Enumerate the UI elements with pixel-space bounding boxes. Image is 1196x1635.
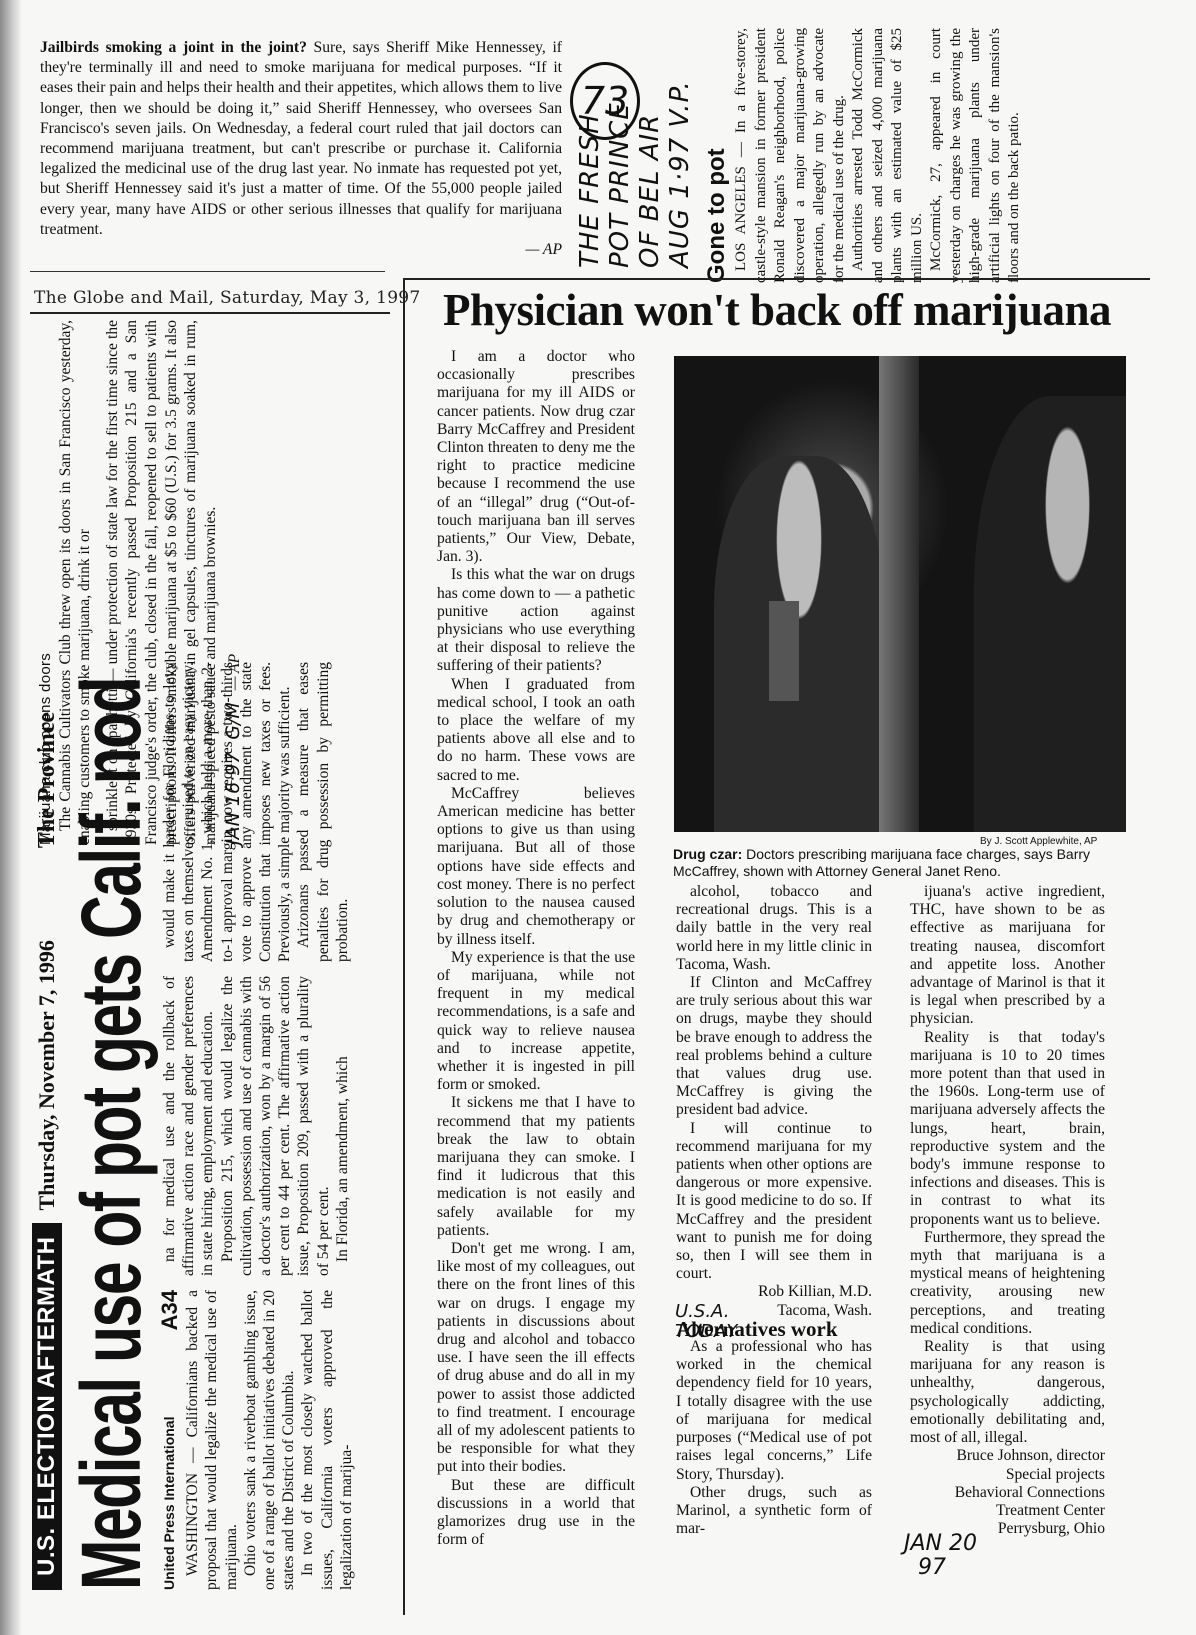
photo-tie <box>769 601 799 701</box>
divider <box>30 271 385 272</box>
divider <box>30 312 390 314</box>
scan-edge-shadow <box>0 0 22 1635</box>
news-photo <box>674 356 1126 832</box>
province-byline-row: United Press International A34 <box>160 1290 179 1590</box>
note-line-1: THE FRESH <box>575 23 605 268</box>
province-paragraph: In two of the most closely watched ballo… <box>298 1290 356 1590</box>
letter1-paragraph: If Clinton and McCaffrey are truly serio… <box>676 974 872 1120</box>
gone-to-pot-clipping: Gone to pot LOS ANGELES — In a five-stor… <box>702 28 1122 283</box>
province-paragraph: Arizonans passed a measure that eases pe… <box>294 662 352 962</box>
letter1-signature-name: Rob Killian, M.D. <box>676 1283 872 1301</box>
province-kicker: U.S. ELECTION AFTERMATH <box>32 1223 62 1590</box>
province-publication: The Province <box>32 712 62 848</box>
note-line-2: POT PRINCE <box>605 23 635 268</box>
province-body: United Press International A34 WASHINGTO… <box>160 540 356 1590</box>
letter2-paragraph: ijuana's active ingredient, THC, have sh… <box>910 883 1105 1029</box>
gone-to-pot-paragraph: McCormick, 27, appeared in court yesterd… <box>927 28 1025 283</box>
province-paragraph: would make it harder for Floridians to l… <box>160 662 294 962</box>
letter2-signature-line: Bruce Johnson, director <box>910 1447 1105 1465</box>
letter2-paragraph: Furthermore, they spread the myth that m… <box>910 1229 1105 1338</box>
gone-to-pot-paragraph: LOS ANGELES — In a five-storey, castle-s… <box>732 28 849 283</box>
letter1-paragraph: Don't get me wrong. I am, like most of m… <box>437 1240 635 1477</box>
province-paragraph: Ohio voters sank a riverboat gambling is… <box>241 1290 299 1590</box>
note-line-3: OF BEL AIR <box>635 23 665 268</box>
jail-brief-credit: — AP <box>40 240 562 260</box>
letter1-paragraph: My experience is that the use of marijua… <box>437 949 635 1095</box>
letter2-paragraph: Other drugs, such as Marinol, a syntheti… <box>676 1484 872 1539</box>
letter2-signature-line: Behavioral Connections <box>910 1484 1105 1502</box>
province-column: na for medical use and the rollback of a… <box>160 976 356 1276</box>
letter1-paragraph: When I graduated from medical school, I … <box>437 676 635 785</box>
jail-brief-body: Sure, says Sheriff Mike Hennessey, if th… <box>40 39 562 238</box>
letter1-column-1: I am a doctor who occasionally prescribe… <box>437 348 635 1549</box>
jail-brief-lead: Jailbirds smoking a joint in the joint? <box>40 39 307 56</box>
caption-lead: Drug czar: <box>673 846 742 862</box>
province-column: United Press International A34 WASHINGTO… <box>160 1290 356 1590</box>
letter-column-3: ijuana's active ingredient, THC, have sh… <box>910 883 1105 1538</box>
main-headline: Physician won't back off marijuana <box>443 284 1111 336</box>
letter2-signature-line: Treatment Center <box>910 1502 1105 1520</box>
jail-brief: Jailbirds smoking a joint in the joint? … <box>40 38 562 260</box>
photo-caption: Drug czar: Doctors prescribing marijuana… <box>673 846 1133 880</box>
letter2-paragraph: Reality is that using marijuana for any … <box>910 1338 1105 1447</box>
usa-today-line-2: TODAY <box>675 1322 737 1342</box>
province-page-number: A34 <box>160 1290 179 1330</box>
letter1-paragraph: I will continue to recommend marijuana f… <box>676 1120 872 1284</box>
usa-today-line-1: U.S.A. <box>675 1302 737 1322</box>
letter1-paragraph: I am a doctor who occasionally prescribe… <box>437 348 635 566</box>
province-byline: United Press International <box>160 1417 179 1590</box>
letter1-paragraph: alcohol, tobacco and recreational drugs.… <box>676 883 872 974</box>
handwritten-note: THE FRESH POT PRINCE OF BEL AIR AUG 1·97… <box>575 23 695 268</box>
gone-to-pot-paragraph: Authorities arrested Todd McCormick and … <box>849 28 927 283</box>
province-headline: Medical use of pot gets Calif. nod <box>66 834 156 1590</box>
letter1-paragraph: It sickens me that I have to recommend t… <box>437 1094 635 1240</box>
province-date: Thursday, November 7, 1996 <box>32 928 62 1222</box>
photo-figure-reno <box>974 396 1126 832</box>
note-date: AUG 1·97 V.P. <box>665 23 695 268</box>
letter1-paragraph: Is this what the war on drugs has come d… <box>437 566 635 675</box>
province-column: would make it harder for Floridians to l… <box>160 662 356 962</box>
letter2-paragraph: As a professional who has worked in the … <box>676 1338 872 1484</box>
province-paragraph: In Florida, an amendment, which <box>333 976 352 1276</box>
province-clipping: U.S. ELECTION AFTERMATH Thursday, Novemb… <box>32 540 377 1590</box>
letter2-paragraph: Reality is that today's marijuana is 10 … <box>910 1029 1105 1229</box>
province-header-bar: U.S. ELECTION AFTERMATH Thursday, Novemb… <box>32 540 62 1590</box>
globe-dateline: The Globe and Mail, Saturday, May 3, 199… <box>34 288 421 308</box>
photo-figure-mccaffrey <box>714 456 884 832</box>
jan20-line-2: 97 <box>904 1556 977 1580</box>
province-paragraph: WASHINGTON — Californians backed a propo… <box>183 1290 241 1590</box>
province-paragraph: na for medical use and the rollback of a… <box>160 976 218 1276</box>
photo-flag <box>879 356 919 832</box>
gone-to-pot-title: Gone to pot <box>702 28 732 283</box>
letter1-paragraph: McCaffrey believes American medicine has… <box>437 785 635 949</box>
jan20-line-1: JAN 20 <box>904 1532 977 1556</box>
province-paragraph: Proposition 215, which would legalize th… <box>218 976 333 1276</box>
letter1-paragraph: But these are difficult discussions in a… <box>437 1477 635 1550</box>
handwritten-usa-today: U.S.A. TODAY <box>675 1302 737 1342</box>
letter-column-2: alcohol, tobacco and recreational drugs.… <box>676 883 872 1538</box>
letter2-signature-line: Special projects <box>910 1466 1105 1484</box>
handwritten-jan20: JAN 20 97 <box>904 1532 977 1580</box>
